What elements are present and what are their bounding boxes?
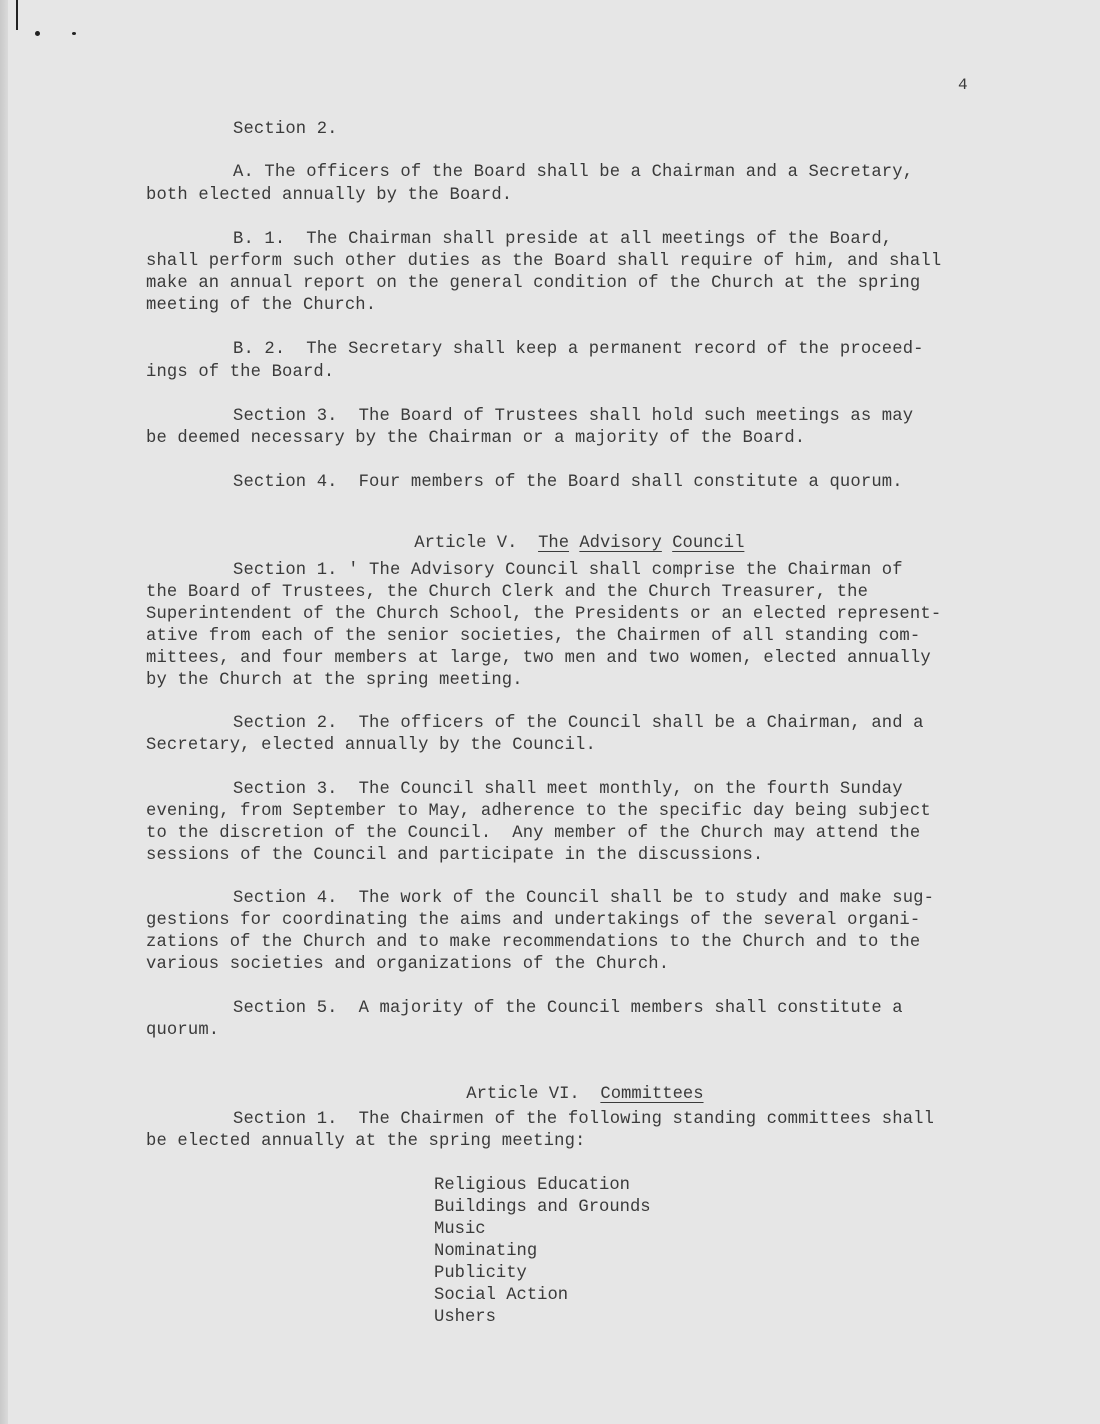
paragraph-line: to the discretion of the Council. Any me… (146, 823, 920, 845)
scan-speck (35, 31, 40, 36)
article-title-word: Council (672, 534, 744, 553)
paragraph-line: Section 2. The officers of the Council s… (233, 713, 924, 735)
paragraph-line: by the Church at the spring meeting. (146, 670, 523, 692)
paragraph-line: the Board of Trustees, the Church Clerk … (146, 582, 868, 604)
article-title-word: The (538, 534, 569, 553)
paragraph-line: sessions of the Council and participate … (146, 845, 763, 867)
scan-edge-shadow (16, 0, 18, 30)
committee-item: Religious Education (434, 1175, 630, 1197)
committee-item: Nominating (434, 1241, 537, 1263)
committee-item: Ushers (434, 1307, 496, 1329)
paragraph-line: various societies and organizations of t… (146, 954, 669, 976)
paragraph-line: ings of the Board. (146, 362, 334, 384)
scan-speck (72, 32, 76, 35)
paragraph-line: Section 5. A majority of the Council mem… (233, 998, 903, 1020)
paragraph-line: A. The officers of the Board shall be a … (233, 162, 913, 184)
committee-item: Social Action (434, 1285, 568, 1307)
paragraph-line: zations of the Church and to make recomm… (146, 932, 920, 954)
paragraph-line: Superintendent of the Church School, the… (146, 604, 941, 626)
scan-page-edge (0, 0, 8, 1424)
paragraph-line: Section 4. The work of the Council shall… (233, 888, 934, 910)
paragraph-line: meeting of the Church. (146, 295, 376, 317)
article-title-word: Advisory (579, 534, 662, 553)
paragraph-line: make an annual report on the general con… (146, 273, 920, 295)
article-label: Article VI. (466, 1085, 579, 1104)
committee-item: Music (434, 1219, 486, 1241)
page-number: 4 (958, 76, 968, 94)
paragraph-line: ative from each of the senior societies,… (146, 626, 920, 648)
paragraph-line: mittees, and four members at large, two … (146, 648, 931, 670)
paragraph-line: Section 1. ' The Advisory Council shall … (233, 560, 903, 582)
paragraph-line: Section 3. The Council shall meet monthl… (233, 779, 903, 801)
paragraph-line: gestions for coordinating the aims and u… (146, 910, 920, 932)
paragraph-line: quorum. (146, 1020, 219, 1042)
paragraph-line: Section 1. The Chairmen of the following… (233, 1109, 934, 1131)
document-page: 4 Section 2. A. The officers of the Boar… (8, 0, 1100, 1424)
paragraph-line: evening, from September to May, adherenc… (146, 801, 931, 823)
paragraph-line: Section 3. The Board of Trustees shall h… (233, 406, 913, 428)
section-heading: Section 2. (233, 119, 338, 141)
article-label: Article V. (414, 534, 517, 553)
paragraph-line: be deemed necessary by the Chairman or a… (146, 428, 805, 450)
committee-item: Publicity (434, 1263, 527, 1285)
paragraph-line: Section 4. Four members of the Board sha… (233, 472, 903, 494)
paragraph-line: shall perform such other duties as the B… (146, 251, 941, 273)
paragraph-line: be elected annually at the spring meetin… (146, 1131, 586, 1153)
article-title: Committees (600, 1085, 703, 1104)
paragraph-line: Secretary, elected annually by the Counc… (146, 735, 596, 757)
committee-item: Buildings and Grounds (434, 1197, 651, 1219)
paragraph-line: both elected annually by the Board. (146, 185, 512, 207)
paragraph-line: B. 2. The Secretary shall keep a permane… (233, 339, 924, 361)
paragraph-line: B. 1. The Chairman shall preside at all … (233, 229, 892, 251)
